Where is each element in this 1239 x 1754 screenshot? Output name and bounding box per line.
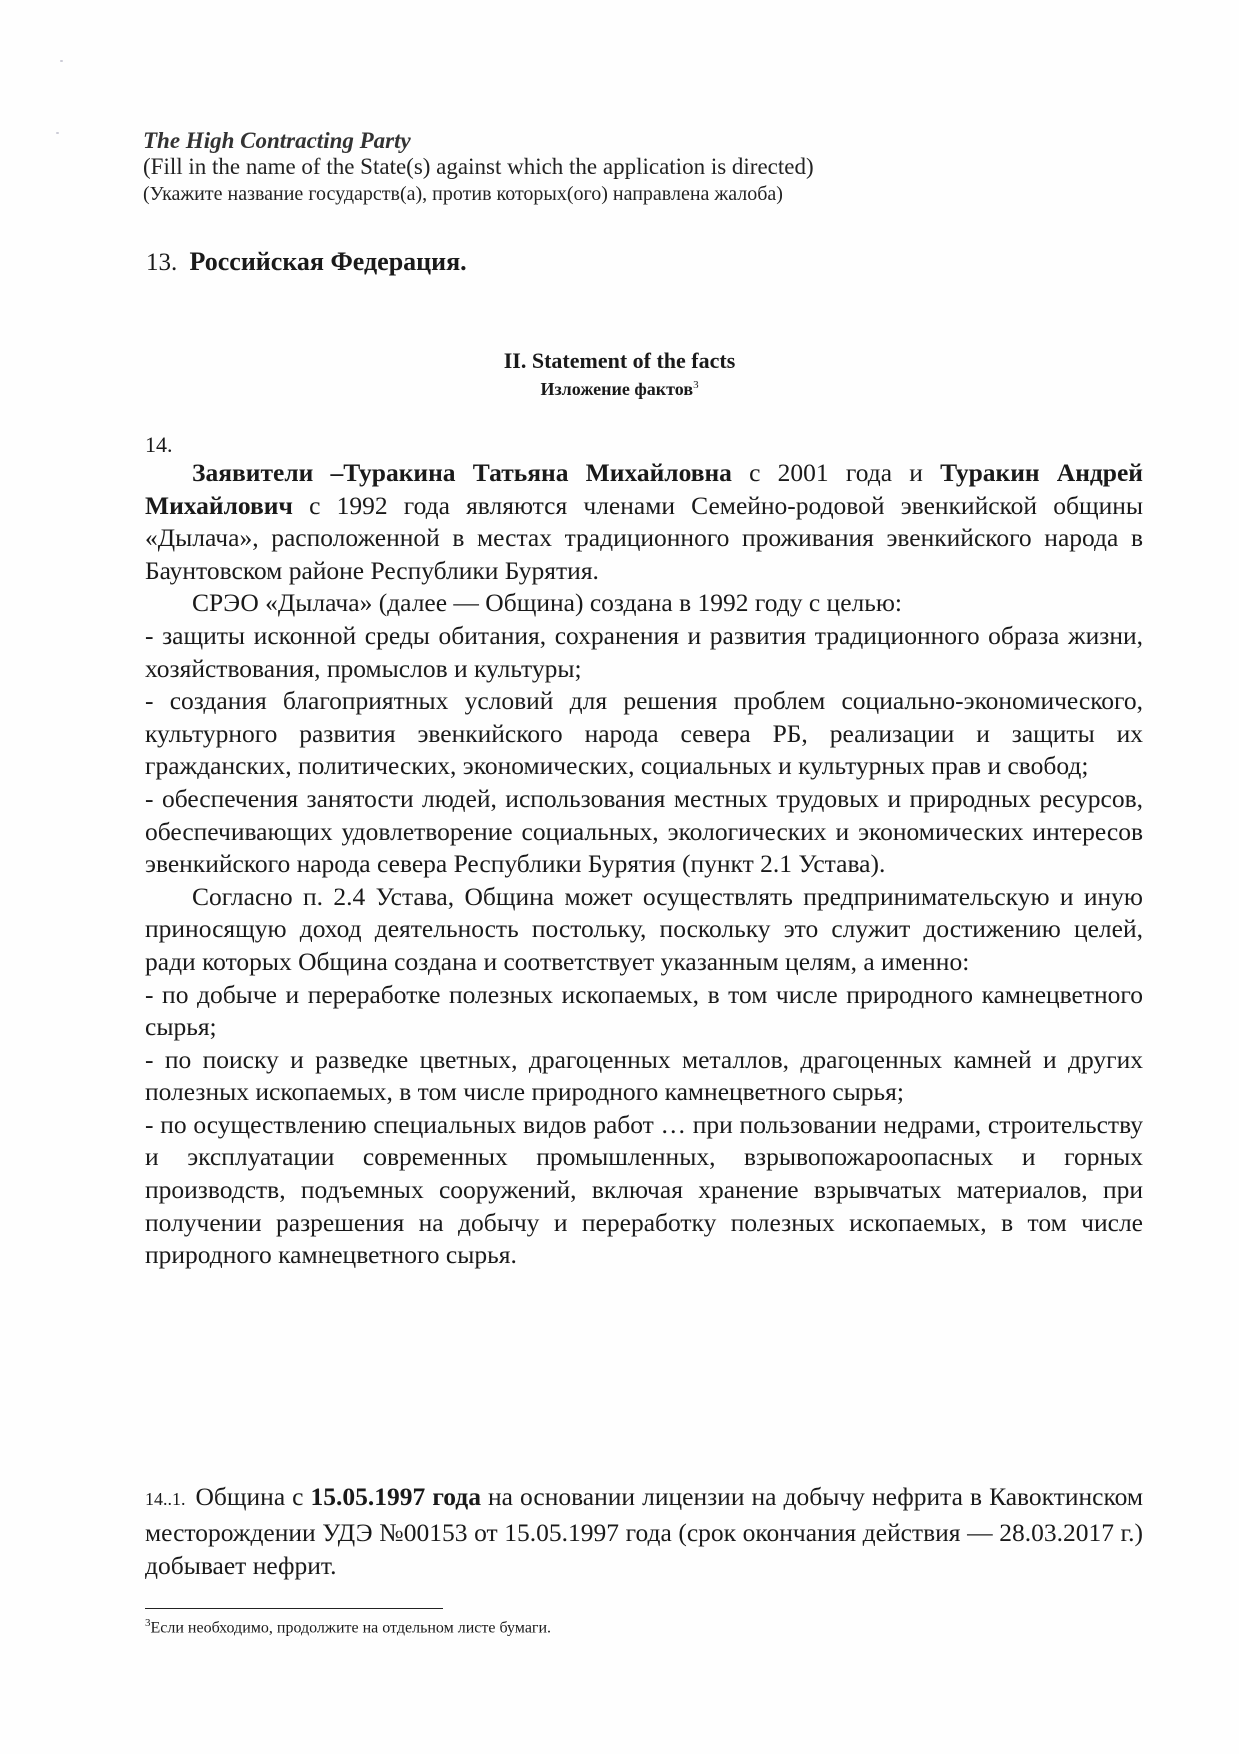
respondent-state: 13. Российская Федерация. bbox=[146, 247, 467, 277]
instruction-en: (Fill in the name of the State(s) agains… bbox=[143, 154, 814, 180]
community-intro: СРЭО «Дылача» (далее — Община) создана в… bbox=[145, 587, 1143, 620]
instruction-ru: (Укажите название государств(а), против … bbox=[143, 183, 783, 206]
activity-item: - по осуществлению специальных видов раб… bbox=[145, 1109, 1143, 1272]
footnote: 3Если необходимо, продолжите на отдельно… bbox=[145, 1617, 551, 1637]
footnote-text: Если необходимо, продолжите на отдельном… bbox=[151, 1619, 552, 1636]
item-number: 13. bbox=[146, 249, 177, 276]
goal-item: - обеспечения занятости людей, использов… bbox=[145, 783, 1143, 881]
document-page: The High Contracting Party (Fill in the … bbox=[0, 0, 1239, 1754]
section-title-en: II. Statement of the facts bbox=[0, 348, 1239, 374]
paragraph-number: 14. bbox=[145, 432, 173, 458]
applicants-paragraph: Заявители –Туракина Татьяна Михайловна с… bbox=[145, 457, 1143, 587]
state-name: Российская Федерация. bbox=[190, 247, 467, 276]
charter-intro: Согласно п. 2.4 Устава, Община может осу… bbox=[145, 881, 1143, 979]
footnote-ref: 3 bbox=[693, 379, 699, 391]
paragraph-14-body: Заявители –Туракина Татьяна Михайловна с… bbox=[145, 457, 1143, 1272]
footnote-divider bbox=[145, 1608, 443, 1609]
activity-item: - по добыче и переработке полезных ископ… bbox=[145, 979, 1143, 1044]
activity-item: - по поиску и разведке цветных, драгоцен… bbox=[145, 1044, 1143, 1109]
goal-item: - защиты исконной среды обитания, сохран… bbox=[145, 620, 1143, 685]
scan-speck bbox=[56, 132, 59, 134]
section-title-ru: Изложение фактов3 bbox=[0, 374, 1239, 400]
goal-item: - создания благоприятных условий для реш… bbox=[145, 685, 1143, 783]
license-date: 15.05.1997 года bbox=[311, 1482, 481, 1511]
subparagraph-number: 14..1. bbox=[145, 1489, 186, 1509]
paragraph-14-1: 14..1.Община с 15.05.1997 года на основа… bbox=[145, 1480, 1143, 1582]
applicant-name: Туракина Татьяна Михайловна bbox=[343, 458, 732, 487]
scan-speck bbox=[60, 60, 63, 62]
section-heading: II. Statement of the facts Изложение фак… bbox=[0, 348, 1239, 400]
party-title: The High Contracting Party bbox=[143, 128, 411, 154]
